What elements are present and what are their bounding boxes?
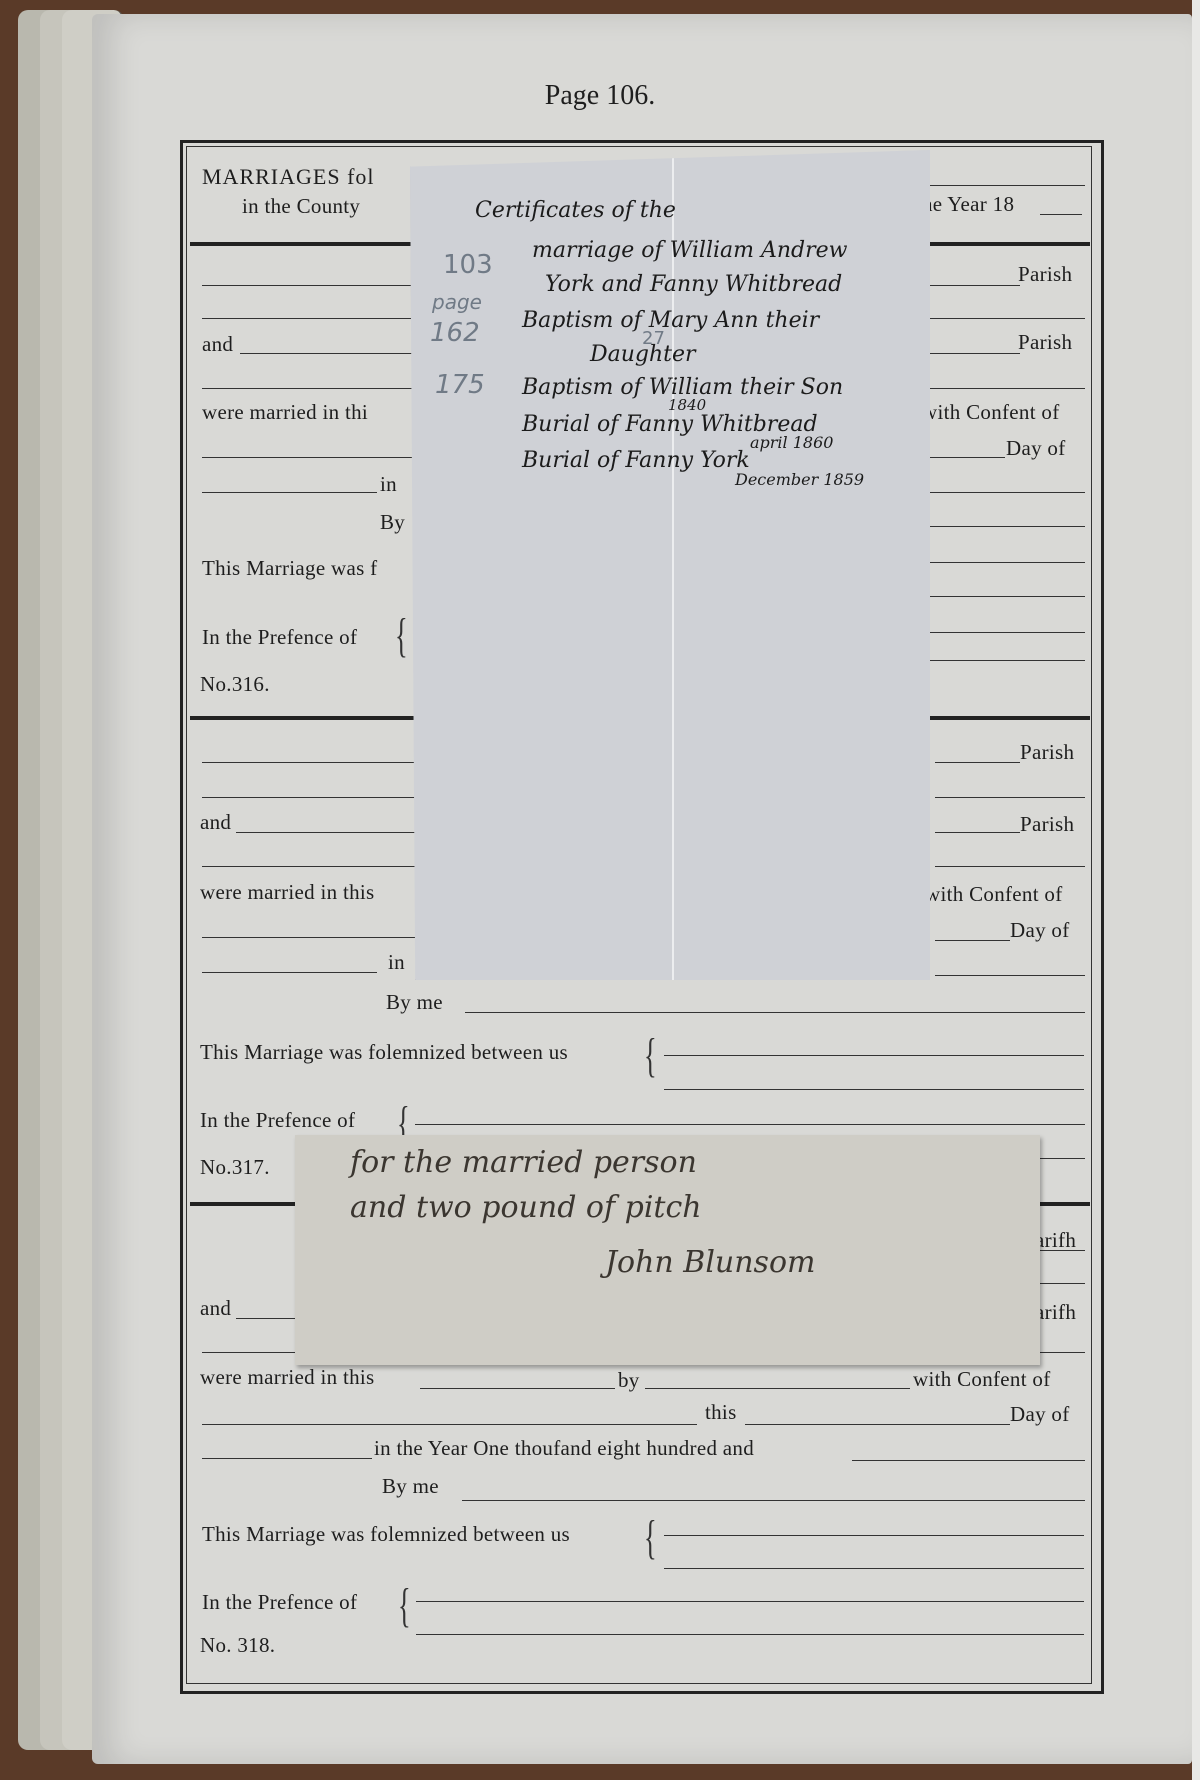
- parish-label: Parish: [1020, 740, 1074, 765]
- note-line: York and Fanny Whitbread: [545, 272, 842, 297]
- facing-page-edge: [1192, 0, 1200, 1780]
- parish-label: Parish: [1018, 262, 1072, 287]
- solemnized-label: This Marriage was f: [202, 556, 377, 581]
- by-me-label: By me: [382, 1474, 439, 1499]
- and-label: and: [200, 1296, 231, 1321]
- solemnized-label: This Marriage was folemnized between us: [202, 1522, 570, 1547]
- brace-icon: {: [644, 1514, 657, 1562]
- note-line: for the married person: [350, 1145, 697, 1180]
- header-marriages: MARRIAGES fol: [202, 164, 375, 190]
- presence-label: In the Prefence of: [202, 625, 357, 650]
- brace-icon: {: [398, 1582, 411, 1630]
- consent-label: with Confent of: [913, 1367, 1050, 1392]
- year-blank: [1040, 214, 1082, 215]
- married-label: were married in thi: [202, 400, 368, 425]
- note-date: December 1859: [735, 470, 864, 489]
- pencil-mark: 103: [443, 250, 493, 280]
- page-title: Page 106.: [0, 80, 1200, 112]
- day-of-label: Day of: [1006, 436, 1066, 461]
- note-line: Baptism of Mary Ann their: [522, 308, 819, 333]
- pencil-mark: page: [432, 290, 482, 314]
- parish-label: arifh: [1035, 1300, 1076, 1325]
- presence-label: In the Prefence of: [200, 1108, 355, 1133]
- consent-label: with Confent of: [922, 400, 1059, 425]
- consent-label: with Confent of: [925, 882, 1062, 907]
- note-line: marriage of William Andrew: [532, 238, 848, 263]
- day-of-label: Day of: [1010, 1402, 1070, 1427]
- certificate-note: Certificates of the marriage of William …: [410, 150, 930, 980]
- signature: John Blunsom: [605, 1245, 815, 1280]
- brace-icon: {: [395, 612, 408, 660]
- brace-icon: {: [644, 1032, 657, 1080]
- solemnized-label: This Marriage was folemnized between us: [200, 1040, 568, 1065]
- header-year: he Year 18: [922, 192, 1014, 217]
- married-label: were married in this: [200, 880, 375, 905]
- note-line: Certificates of the: [475, 198, 676, 223]
- by-label: By: [380, 510, 405, 535]
- in-label: in: [388, 950, 405, 975]
- note-line: Burial of Fanny York: [522, 448, 750, 473]
- header-county: in the County: [242, 194, 360, 219]
- pencil-mark: 162: [430, 318, 480, 348]
- parish-label: Parish: [1020, 812, 1074, 837]
- parish-label: Parish: [1018, 330, 1072, 355]
- day-of-label: Day of: [1010, 918, 1070, 943]
- married-label: were married in this: [200, 1365, 375, 1390]
- and-label: and: [202, 332, 233, 357]
- entry-number: No.316.: [200, 672, 270, 697]
- entry-number: No.317.: [200, 1155, 270, 1180]
- note-date: april 1860: [750, 433, 833, 452]
- receipt-note: for the married person and two pound of …: [295, 1135, 1040, 1365]
- entry-number: No. 318.: [200, 1633, 275, 1658]
- pencil-mark: 27: [642, 328, 665, 349]
- parish-label: arifh: [1035, 1228, 1076, 1253]
- this-label: this: [705, 1400, 737, 1425]
- note-line: and two pound of pitch: [350, 1190, 702, 1225]
- in-label: in: [380, 472, 397, 497]
- pencil-mark: 175: [435, 370, 485, 400]
- by-label: by: [618, 1368, 640, 1393]
- header-rule: [930, 185, 1085, 186]
- presence-label: In the Prefence of: [202, 1590, 357, 1615]
- year-label: in the Year One thoufand eight hundred a…: [374, 1436, 754, 1461]
- by-me-label: By me: [386, 990, 443, 1015]
- and-label: and: [200, 810, 231, 835]
